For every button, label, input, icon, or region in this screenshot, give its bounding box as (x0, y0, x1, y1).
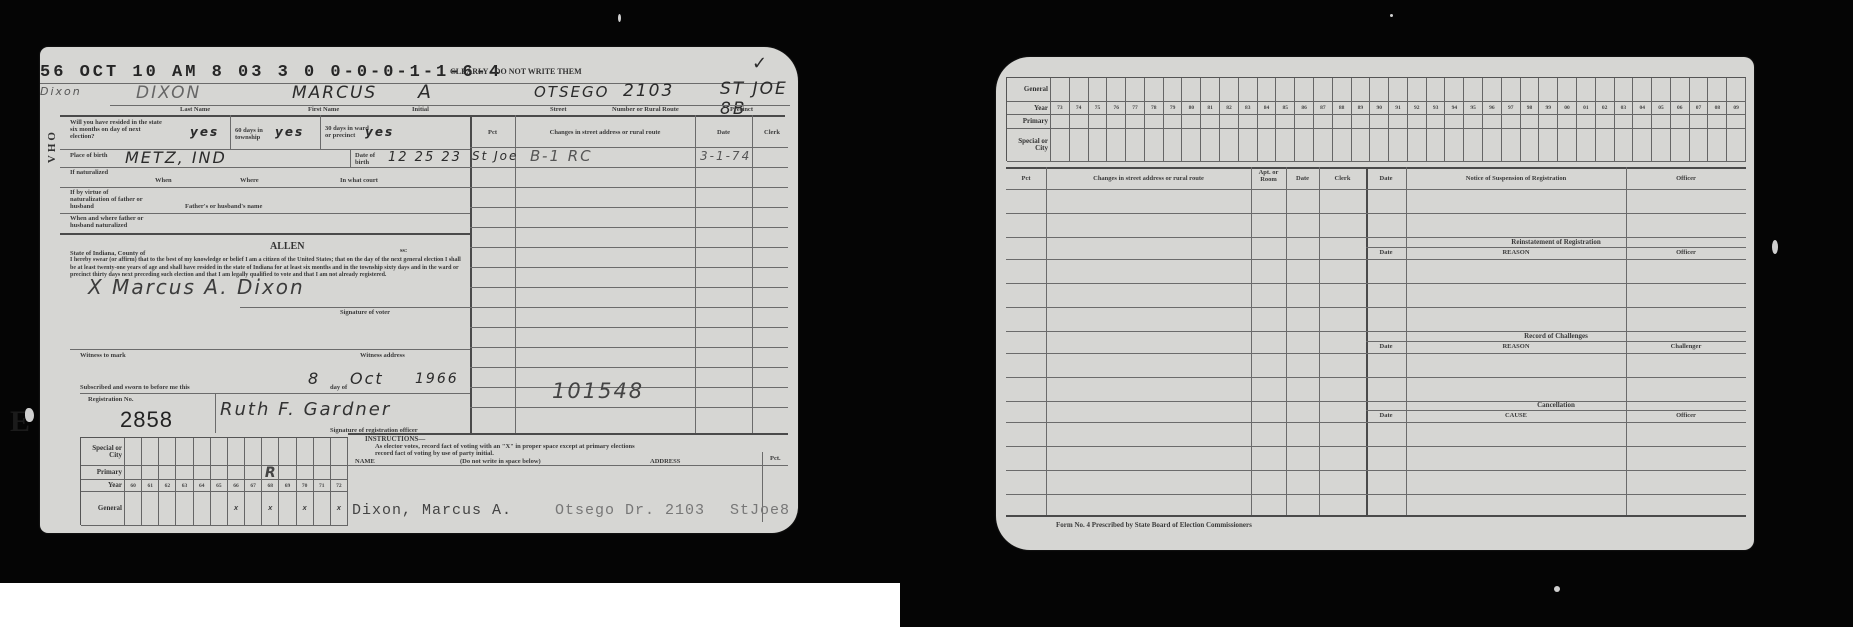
year-cell: 63 (176, 480, 193, 492)
general-mark-70: X (297, 492, 314, 526)
footer-number: 101548 (552, 379, 644, 403)
year-cell: 08 (1708, 102, 1727, 115)
change-row-text: B-1 RC (530, 147, 593, 165)
year-cell: 00 (1558, 102, 1577, 115)
margin-note: Dixon (40, 85, 82, 98)
cancellation-title: Cancellation (1366, 402, 1746, 409)
row-label-primary: Primary (81, 466, 125, 480)
year-cell: 76 (1107, 102, 1126, 115)
year-cell: 71 (314, 480, 331, 492)
instructions-line-2: record fact of voting by use of party in… (375, 450, 494, 457)
year-cell: 93 (1427, 102, 1446, 115)
year-cell: 06 (1671, 102, 1690, 115)
year-cell: 65 (211, 480, 228, 492)
year-cell: 62 (159, 480, 176, 492)
year-cell: 92 (1408, 102, 1427, 115)
change-row-pct: St Joe (472, 149, 518, 163)
year-cell: 09 (1727, 102, 1746, 115)
reinstatement-header-officer: Officer (1626, 249, 1746, 256)
back-header-date: Date (1286, 175, 1319, 182)
witness-to-mark-label: Witness to mark (80, 352, 126, 359)
cancellation-header-officer: Officer (1626, 412, 1746, 419)
challenges-title: Record of Challenges (1366, 333, 1746, 340)
subscribed-label: Subscribed and sworn to before me this (80, 384, 190, 391)
year-cell: 66 (228, 480, 245, 492)
row-label-general: General (81, 492, 125, 526)
registration-number: 2858 (120, 407, 173, 433)
check-mark-icon: ✓ (752, 53, 769, 74)
side-letters: VHO (46, 129, 58, 163)
naturalized-when-label: When (155, 177, 172, 184)
year-cell: 88 (1333, 102, 1352, 115)
township-question: 60 days in township (235, 127, 280, 141)
typed-precinct: StJoe8 (730, 502, 790, 519)
primary-mark-68: R (262, 466, 279, 480)
general-mark-72: X (331, 492, 348, 526)
precinct-value: ST JOE 8B (720, 79, 798, 119)
officer-signature: Ruth F. Gardner (220, 399, 391, 420)
initial-label: Initial (412, 106, 429, 113)
initial-value: A (418, 81, 433, 103)
house-number-value: 2103 (623, 81, 674, 101)
scan-artifact (25, 408, 34, 422)
last-name-value: DIXON (136, 83, 201, 103)
precinct-label: Precinct (730, 106, 753, 113)
back-voting-grid: General Year 73 74 75 76 77 78 79 80 81 … (1006, 77, 1746, 161)
general-mark-66: X (228, 492, 245, 526)
year-cell: 70 (297, 480, 314, 492)
year-cell: 64 (194, 480, 211, 492)
back-header-pct: Pct (1006, 175, 1046, 182)
year-cell: 04 (1633, 102, 1652, 115)
year-cell: 86 (1295, 102, 1314, 115)
scan-artifact (1554, 586, 1560, 592)
suspension-header-officer: Officer (1626, 175, 1746, 182)
ss-label: ss: (400, 247, 407, 254)
first-name-label: First Name (308, 106, 339, 113)
scan-artifact (618, 14, 621, 22)
year-cell: 95 (1464, 102, 1483, 115)
subscribed-month: Oct (350, 369, 384, 388)
voter-signature: X Marcus A. Dixon (88, 275, 305, 299)
row-label-general: General (1007, 78, 1051, 102)
row-label-primary: Primary (1007, 115, 1051, 129)
voter-signature-label: Signature of voter (340, 309, 390, 316)
year-cell: 60 (125, 480, 142, 492)
back-header-change: Changes in street address or rural route (1046, 175, 1251, 182)
row-label-special: Special or City (1007, 129, 1051, 162)
voter-registration-card-front: 56 OCT 10 AM 8 03 3 0 0-0-0-1-1-6-4 CLEA… (40, 47, 798, 533)
naturalized-where-label: Where (240, 177, 259, 184)
date-of-birth-label: Date of birth (355, 152, 385, 166)
year-cell: 75 (1089, 102, 1108, 115)
year-cell: 99 (1539, 102, 1558, 115)
changes-header-pct: Pct (470, 129, 515, 136)
year-cell: 89 (1352, 102, 1371, 115)
scan-artifact (1772, 240, 1778, 254)
scan-artifact (1390, 14, 1393, 17)
date-of-birth-value: 12 25 23 (388, 150, 462, 165)
challenges-header-challenger: Challenger (1626, 343, 1746, 350)
year-cell: 91 (1389, 102, 1408, 115)
father-naturalized-label: When and where father or husband natural… (70, 215, 150, 229)
reinstatement-header-reason: REASON (1406, 249, 1626, 256)
year-cell: 03 (1615, 102, 1634, 115)
township-answer: yes (275, 125, 304, 139)
year-cell: 80 (1182, 102, 1201, 115)
year-cell: 05 (1652, 102, 1671, 115)
change-row-date: 3-1-74 (700, 149, 751, 163)
residence-state-answer: yes (190, 125, 219, 139)
changes-header-clerk: Clerk (752, 129, 792, 136)
suspension-header-notice: Notice of Suspension of Registration (1406, 175, 1626, 182)
last-name-label: Last Name (180, 106, 210, 113)
voter-registration-card-back: General Year 73 74 75 76 77 78 79 80 81 … (996, 57, 1754, 550)
typed-name: Dixon, Marcus A. (352, 502, 512, 519)
year-cell: 79 (1164, 102, 1183, 115)
year-cell: 85 (1276, 102, 1295, 115)
witness-address-label: Witness address (360, 352, 405, 359)
row-label-year: Year (81, 480, 125, 492)
instructions-name-label: NAME (355, 458, 375, 465)
year-cell: 78 (1145, 102, 1164, 115)
typed-address: Otsego Dr. 2103 (555, 502, 705, 519)
year-cell: 97 (1502, 102, 1521, 115)
street-value: OTSEGO (534, 83, 609, 101)
year-cell: 83 (1239, 102, 1258, 115)
day-of-label: day of (330, 384, 347, 391)
year-cell: 98 (1521, 102, 1540, 115)
header-instruction: CLEARLY - DO NOT WRITE THEM (450, 67, 582, 76)
state-county-label: State of Indiana, County of (70, 250, 145, 257)
challenges-header-date: Date (1366, 343, 1406, 350)
year-cell: 73 (1051, 102, 1070, 115)
naturalized-label: If naturalized (70, 169, 115, 176)
year-cell: 69 (279, 480, 296, 492)
year-cell: 94 (1445, 102, 1464, 115)
year-cell: 67 (245, 480, 262, 492)
instructions-line-1: As elector votes, record fact of voting … (375, 443, 635, 450)
place-of-birth-label: Place of birth (70, 152, 110, 159)
instructions-pct-label: Pct. (770, 455, 781, 462)
year-cell: 02 (1596, 102, 1615, 115)
year-cell: 74 (1070, 102, 1089, 115)
form-footer: Form No. 4 Prescribed by State Board of … (1056, 522, 1252, 529)
cancellation-header-date: Date (1366, 412, 1406, 419)
registration-number-label: Registration No. (88, 396, 134, 403)
residence-state-question: Will you have resided in the state six m… (70, 119, 165, 140)
place-of-birth-value: METZ, IND (125, 148, 227, 167)
subscribed-year: 1966 (415, 371, 459, 387)
suspension-header-date: Date (1366, 175, 1406, 182)
instructions-do-not-write: (Do not write in space below) (460, 458, 541, 465)
general-mark-68: X (262, 492, 279, 526)
reinstatement-title: Reinstatement of Registration (1366, 239, 1746, 246)
instructions-title: INSTRUCTIONS— (365, 436, 425, 443)
naturalized-court-label: In what court (340, 177, 378, 184)
changes-header-change: Changes in street address or rural route (515, 129, 695, 136)
year-cell: 81 (1201, 102, 1220, 115)
first-name-value: MARCUS (292, 83, 377, 103)
year-cell: 96 (1483, 102, 1502, 115)
fathers-name-label: Father's or husband's name (185, 203, 262, 210)
time-stamp: 56 OCT 10 AM 8 03 3 0 0-0-0-1-1-6-4 (40, 63, 502, 82)
year-cell: 01 (1577, 102, 1596, 115)
number-label: Number or Rural Route (612, 106, 679, 113)
front-voting-grid: Special or City Primary R Year 60 61 62 … (80, 437, 348, 525)
back-header-clerk: Clerk (1319, 175, 1366, 182)
subscribed-day: 8 (308, 369, 320, 388)
year-cell: 90 (1370, 102, 1389, 115)
county-value: ALLEN (270, 241, 304, 252)
row-label-year: Year (1007, 102, 1051, 115)
blank-area (0, 583, 900, 627)
year-cell: 87 (1314, 102, 1333, 115)
instructions-address-label: ADDRESS (650, 458, 680, 465)
year-cell: 84 (1258, 102, 1277, 115)
reinstatement-header-date: Date (1366, 249, 1406, 256)
by-virtue-label: If by virtue of naturalization of father… (70, 189, 145, 210)
challenges-header-reason: REASON (1406, 343, 1626, 350)
year-cell: 72 (331, 480, 348, 492)
year-cell: 77 (1126, 102, 1145, 115)
year-cell: 61 (142, 480, 159, 492)
changes-header-date: Date (695, 129, 752, 136)
street-label: Street (550, 106, 566, 113)
cancellation-header-cause: CAUSE (1406, 412, 1626, 419)
year-cell: 82 (1220, 102, 1239, 115)
ward-answer: yes (365, 125, 394, 139)
year-cell: 07 (1690, 102, 1709, 115)
back-header-apt: Apt. or Room (1251, 169, 1286, 183)
row-label-special: Special or City (81, 438, 125, 466)
year-cell: 68 (262, 480, 279, 492)
